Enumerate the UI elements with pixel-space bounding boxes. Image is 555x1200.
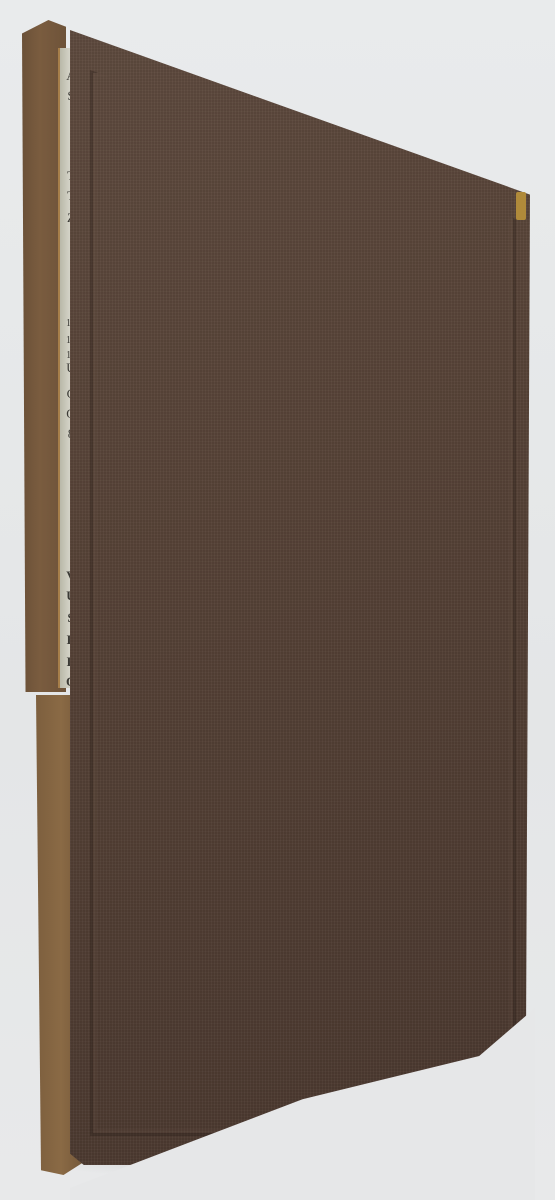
- book-photo: A S T T Z 15 12 11 U C O 8 V U S B L O B…: [0, 0, 555, 1200]
- blind-stamped-border: [90, 70, 516, 1136]
- cover-corner-wear: [516, 192, 526, 220]
